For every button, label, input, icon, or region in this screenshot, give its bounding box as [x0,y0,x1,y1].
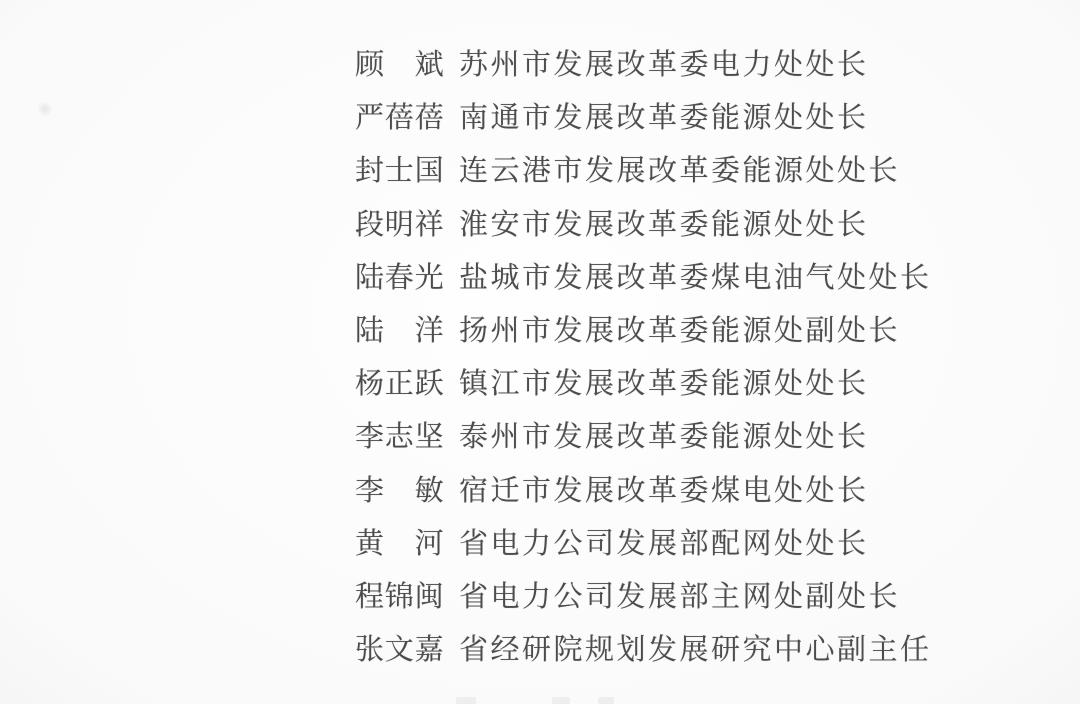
person-name: 封士国 [355,148,447,189]
next-line-cutoff-mark [598,697,614,704]
roster-row: 程锦闽 省电力公司发展部主网处副处长 [355,568,932,621]
person-title: 连云港市发展改革委能源处处长 [459,148,900,189]
person-name: 李志坚 [355,414,447,455]
person-title: 扬州市发展改革委能源处副处长 [459,308,900,349]
next-line-cutoff-mark [456,697,476,704]
person-title: 淮安市发展改革委能源处处长 [459,202,869,243]
person-name: 段明祥 [355,202,447,243]
person-title: 省电力公司发展部配网处处长 [459,521,869,562]
person-name: 顾 斌 [355,42,447,83]
roster-row: 陆春光 盐城市发展改革委煤电油气处处长 [355,249,932,302]
person-title: 镇江市发展改革委能源处处长 [459,361,869,402]
person-title: 盐城市发展改革委煤电油气处处长 [459,255,932,296]
roster-row: 黄 河 省电力公司发展部配网处处长 [355,515,932,568]
person-title: 南通市发展改革委能源处处长 [459,95,869,136]
person-title: 苏州市发展改革委电力处处长 [459,42,869,83]
person-name: 杨正跃 [355,361,447,402]
scan-smudge [38,102,52,116]
person-name: 程锦闽 [355,574,447,615]
next-line-cutoff-mark [552,697,570,704]
roster-row: 李 敏 宿迁市发展改革委煤电处处长 [355,462,932,515]
person-name: 李 敏 [355,468,447,509]
person-name: 严蓓蓓 [355,95,447,136]
person-title: 省电力公司发展部主网处副处长 [459,574,900,615]
person-name: 黄 河 [355,521,447,562]
person-name: 陆 洋 [355,308,447,349]
person-name: 张文嘉 [355,627,447,668]
roster-row: 顾 斌 苏州市发展改革委电力处处长 [355,36,932,89]
personnel-roster-list: 顾 斌 苏州市发展改革委电力处处长 严蓓蓓 南通市发展改革委能源处处长 封士国 … [355,36,932,674]
roster-row: 段明祥 淮安市发展改革委能源处处长 [355,196,932,249]
roster-row: 严蓓蓓 南通市发展改革委能源处处长 [355,89,932,142]
roster-row: 封士国 连云港市发展改革委能源处处长 [355,142,932,195]
person-title: 泰州市发展改革委能源处处长 [459,414,869,455]
person-name: 陆春光 [355,255,447,296]
roster-row: 李志坚 泰州市发展改革委能源处处长 [355,408,932,461]
roster-row: 杨正跃 镇江市发展改革委能源处处长 [355,355,932,408]
person-title: 省经研院规划发展研究中心副主任 [459,627,932,668]
roster-row: 张文嘉 省经研院规划发展研究中心副主任 [355,621,932,674]
roster-row: 陆 洋 扬州市发展改革委能源处副处长 [355,302,932,355]
person-title: 宿迁市发展改革委煤电处处长 [459,468,869,509]
